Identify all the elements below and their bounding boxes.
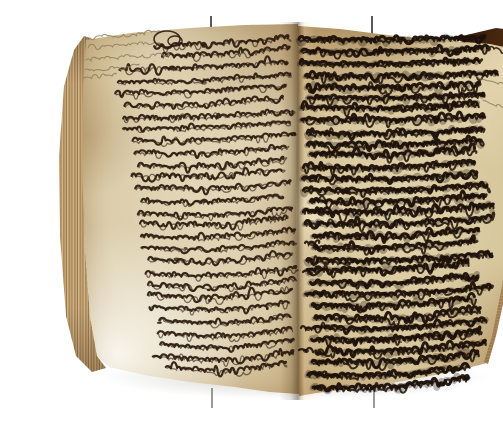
book-gutter [280, 22, 316, 400]
left-page [78, 22, 300, 400]
manuscript-photo [40, 16, 503, 408]
right-page [296, 23, 503, 400]
